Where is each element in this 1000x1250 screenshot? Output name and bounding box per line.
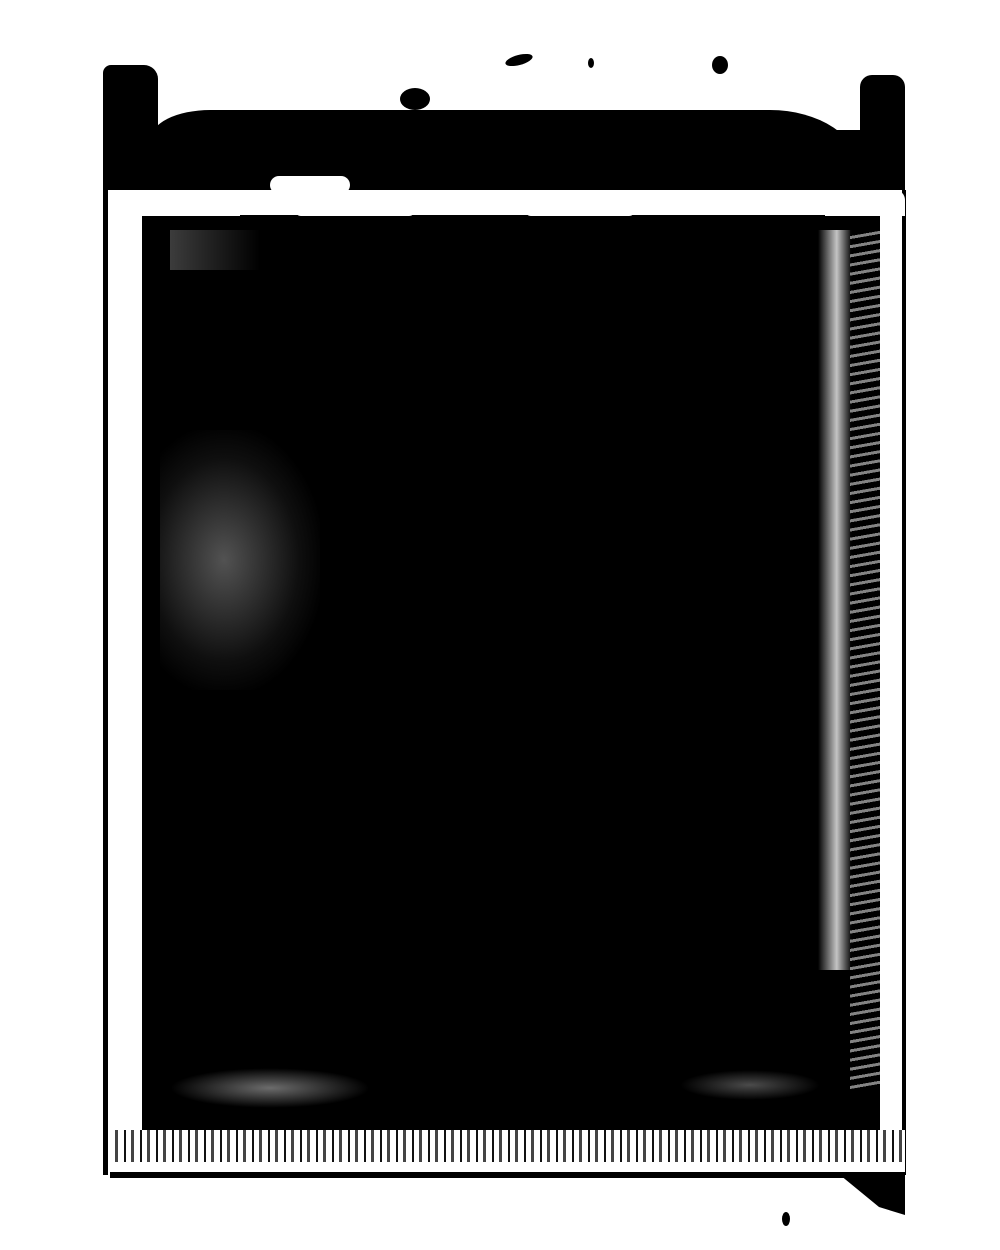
ink-speck bbox=[782, 1212, 790, 1226]
light-haze bbox=[170, 1068, 370, 1108]
light-slit bbox=[270, 176, 350, 194]
frame-left-edge bbox=[103, 190, 108, 1175]
light-haze bbox=[680, 1070, 820, 1100]
light-haze bbox=[170, 230, 260, 270]
frame-bottom-rail bbox=[110, 1130, 905, 1162]
ink-speck bbox=[504, 52, 534, 69]
light-slit bbox=[140, 190, 240, 216]
frame-bottom-tail bbox=[840, 1175, 905, 1215]
light-slit bbox=[295, 204, 415, 216]
frame-bottom-rail bbox=[110, 1172, 905, 1178]
ink-speck bbox=[588, 58, 594, 68]
light-slit bbox=[825, 190, 905, 216]
grunge-streak-right bbox=[850, 230, 880, 1090]
ink-speck bbox=[712, 56, 728, 74]
light-leak-right bbox=[818, 230, 852, 970]
frame-right-edge bbox=[902, 190, 906, 1175]
light-haze bbox=[160, 430, 320, 690]
light-slit bbox=[525, 204, 635, 216]
light-slit bbox=[710, 198, 820, 214]
ink-speck bbox=[400, 88, 430, 110]
